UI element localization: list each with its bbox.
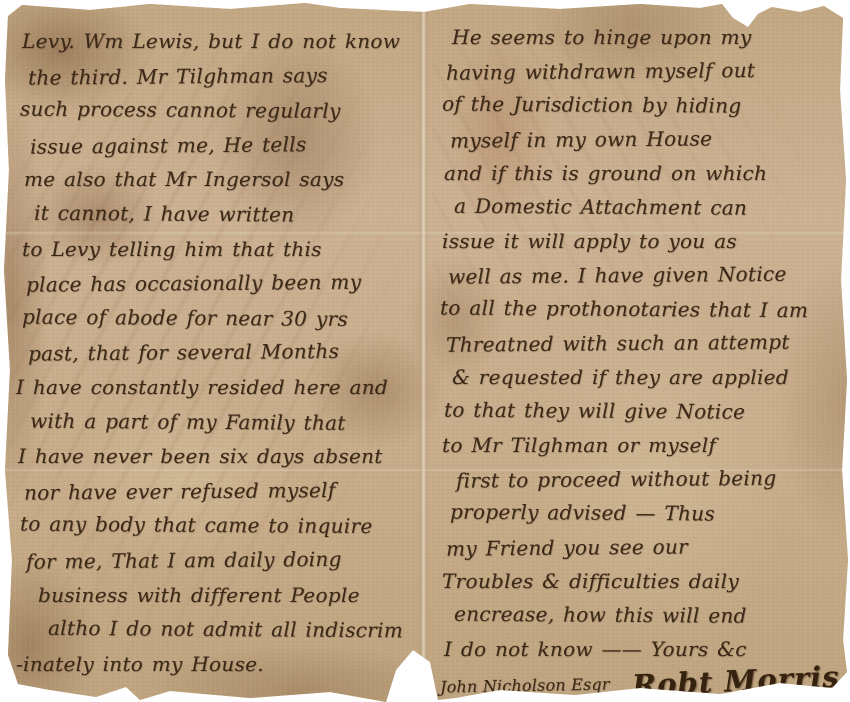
manuscript-line: well as me. I have given Notice [440,256,842,294]
closing-row: John Nicholson Esqr Robt Morris [440,664,842,700]
manuscript-line: of the Jurisdiction by hiding [440,87,842,124]
manuscript-line: to any body that came to inquire [16,507,418,544]
manuscript-line: such process cannot regularly [16,92,418,129]
manuscript-line: myself in my own House [440,120,842,158]
manuscript-line: it cannot, I have written [16,196,418,233]
manuscript-line: issue it will apply to you as [440,224,842,258]
manuscript-line: past, that for several Months [16,334,418,372]
manuscript-line: encrease, how this will end [440,597,842,634]
manuscript-line: issue against me, He tells [16,126,418,164]
right-page-text: He seems to hinge upon my having withdra… [440,20,842,700]
manuscript-line: to all the prothonotaries that I am [440,291,842,328]
manuscript-line: to Mr Tilghman or myself [440,428,842,462]
manuscript-line: Threatned with such an attempt [440,324,842,362]
manuscript-line: place has occasionally been my [16,264,418,302]
manuscript-line: He seems to hinge upon my [440,20,842,54]
manuscript-line: to Levy telling him that this [16,232,418,267]
center-fold-crease [420,0,427,702]
manuscript-line: properly advised — Thus [440,495,842,532]
manuscript-line: having withdrawn myself out [440,52,842,90]
manuscript-line: I have never been six days absent [16,439,418,474]
manuscript-line: business with different People [16,578,418,613]
manuscript-line: place of abode for near 30 yrs [16,299,418,336]
manuscript-line: first to proceed without being [440,460,842,498]
left-page-text: Levy. Wm Lewis, but I do not know the th… [16,24,418,681]
manuscript-line: me also that Mr Ingersol says [16,162,418,197]
manuscript-line: Levy. Wm Lewis, but I do not know [16,24,418,59]
manuscript-line: a Domestic Attachment can [440,189,842,226]
manuscript-line: & requested if they are applied [440,360,842,394]
manuscript-line: my Friend you see our [440,528,842,566]
manuscript-line: to that they will give Notice [440,393,842,430]
addressee-name: John Nicholson Esqr [440,675,610,697]
manuscript-line: the third. Mr Tilghman says [16,57,418,95]
manuscript-line: and if this is ground on which [440,156,842,190]
manuscript-paper: Levy. Wm Lewis, but I do not know the th… [0,0,850,702]
manuscript-line: altho I do not admit all indiscrim [16,611,418,648]
manuscript-line: Troubles & difficulties daily [440,564,842,598]
manuscript-line: nor have ever refused myself [16,472,418,510]
manuscript-line: I do not know —— Yours &c [440,632,842,666]
manuscript-line: for me, That I am daily doing [16,541,418,579]
letter-scan: Levy. Wm Lewis, but I do not know the th… [0,0,850,702]
manuscript-line: I have constantly resided here and [16,370,418,405]
manuscript-line: with a part of my Family that [16,403,418,440]
manuscript-line: -inately into my House. [16,647,418,682]
